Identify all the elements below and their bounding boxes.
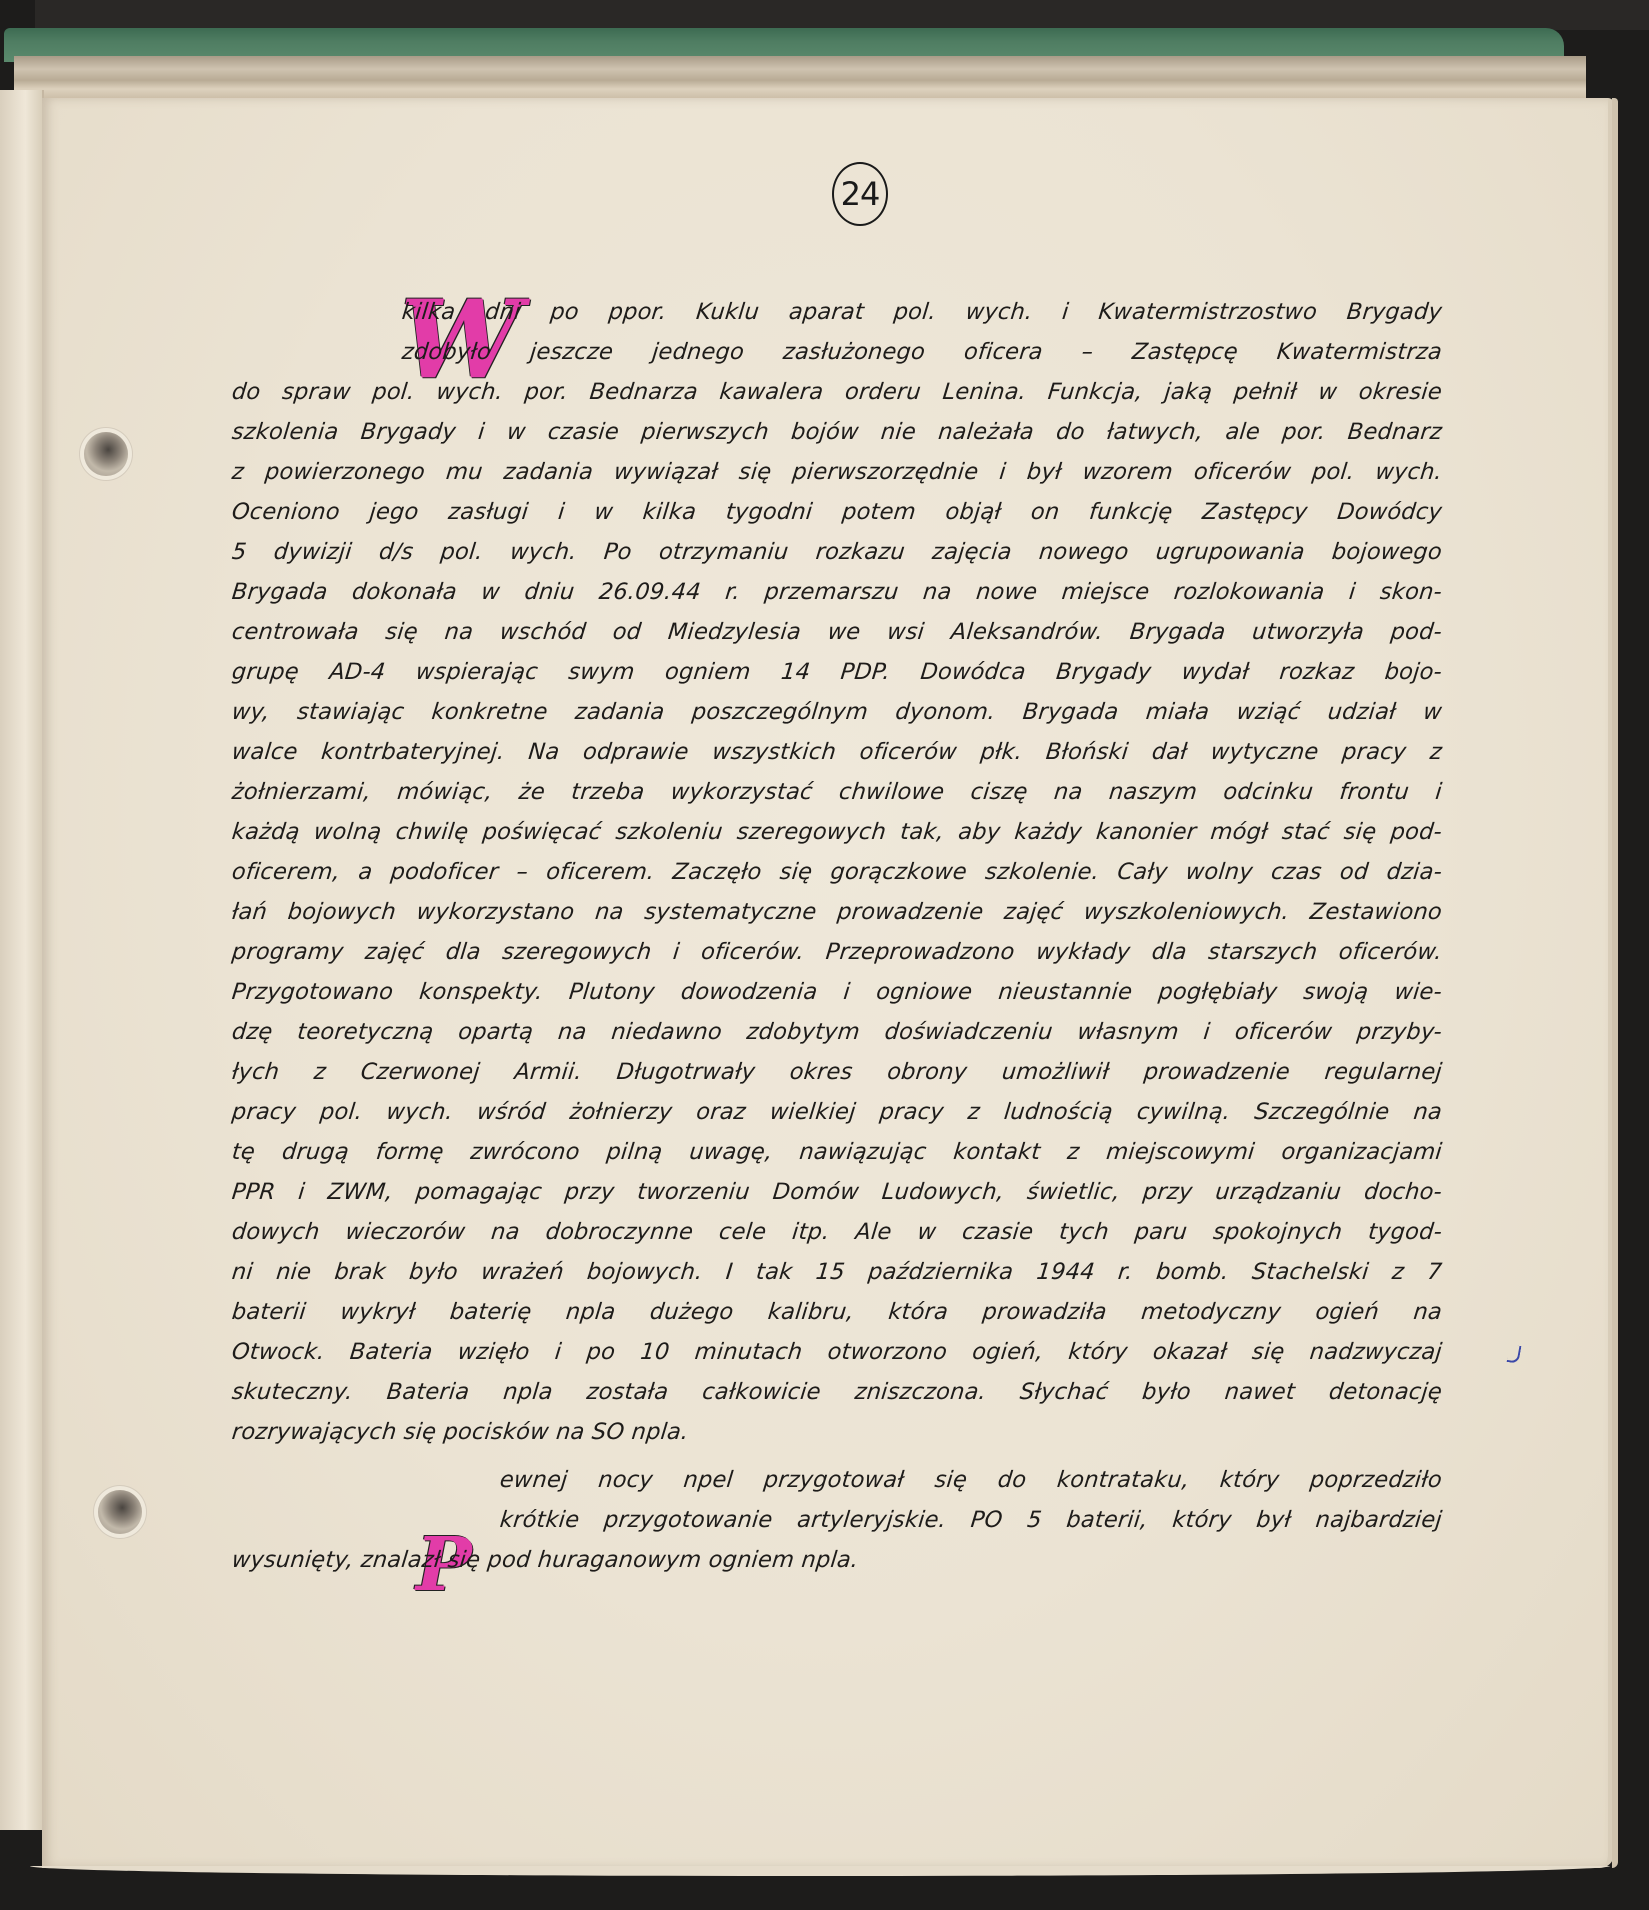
text-line: ewnej nocy npel przygotował się do kontr… [230,1460,1444,1500]
text-line: dowych wieczorów na dobroczynne cele itp… [230,1212,1444,1252]
page-stack-edge [14,56,1586,102]
text-line: z powierzonego mu zadania wywiązał się p… [230,452,1444,492]
text-line: ni nie brak było wrażeń bojowych. I tak … [230,1252,1444,1292]
page-number-circled: 24 [832,162,888,226]
text-line: krótkie przygotowanie artyleryjskie. PO … [230,1500,1444,1540]
text-line: wy, stawiając konkretne zadania poszczeg… [230,692,1444,732]
text-line: Przygotowano konspekty. Plutony dowodzen… [230,972,1444,1012]
text-line: centrowała się na wschód od Miedzylesia … [230,612,1444,652]
text-line: Brygada dokonała w dniu 26.09.44 r. prze… [230,572,1444,612]
text-line: programy zajęć dla szeregowych i oficeró… [230,932,1444,972]
text-line: tę drugą formę zwrócono pilną uwagę, naw… [230,1132,1444,1172]
text-line: pracy pol. wych. wśród żołnierzy oraz wi… [230,1092,1444,1132]
text-line: Otwock. Bateria wzięło i po 10 minutach … [230,1332,1444,1372]
text-line: wysunięty, znalazł się pod huraganowym o… [230,1540,1444,1580]
text-line: rozrywających się pocisków na SO npla. [230,1412,1444,1452]
text-line: walce kontrbateryjnej. Na odprawie wszys… [230,732,1444,772]
text-line: zdobyło jeszcze jednego zasłużonego ofic… [230,332,1444,372]
text-line: każdą wolną chwilę poświęcać szkoleniu s… [230,812,1444,852]
text-line: grupę AD-4 wspierając swym ogniem 14 PDP… [230,652,1444,692]
punch-hole-bottom [98,1490,142,1534]
text-line: skuteczny. Bateria npla została całkowic… [230,1372,1444,1412]
text-line: Oceniono jego zasługi i w kilka tygodni … [230,492,1444,532]
text-line: do spraw pol. wych. por. Bednarza kawale… [230,372,1444,412]
page-bottom-edge [30,1866,1610,1876]
text-line: łań bojowych wykorzystano na systematycz… [230,892,1444,932]
text-line: PPR i ZWM, pomagając przy tworzeniu Domó… [230,1172,1444,1212]
text-line: łych z Czerwonej Armii. Długotrwały okre… [230,1052,1444,1092]
text-line: oficerem, a podoficer – oficerem. Zaczęł… [230,852,1444,892]
text-line: dzę teoretyczną opartą na niedawno zdoby… [230,1012,1444,1052]
scan-backdrop [35,0,1649,30]
punch-hole-top [84,432,128,476]
text-line: 5 dywizji d/s pol. wych. Po otrzymaniu r… [230,532,1444,572]
text-line: żołnierzami, mówiąc, że trzeba wykorzyst… [230,772,1444,812]
text-line: kilka dni po ppor. Kuklu aparat pol. wyc… [230,292,1444,332]
facing-page-edge [0,90,44,1830]
text-line: baterii wykrył baterię npla dużego kalib… [230,1292,1444,1332]
handwritten-body: kilka dni po ppor. Kuklu aparat pol. wyc… [232,292,1442,1580]
text-line: szkolenia Brygady i w czasie pierwszych … [230,412,1444,452]
